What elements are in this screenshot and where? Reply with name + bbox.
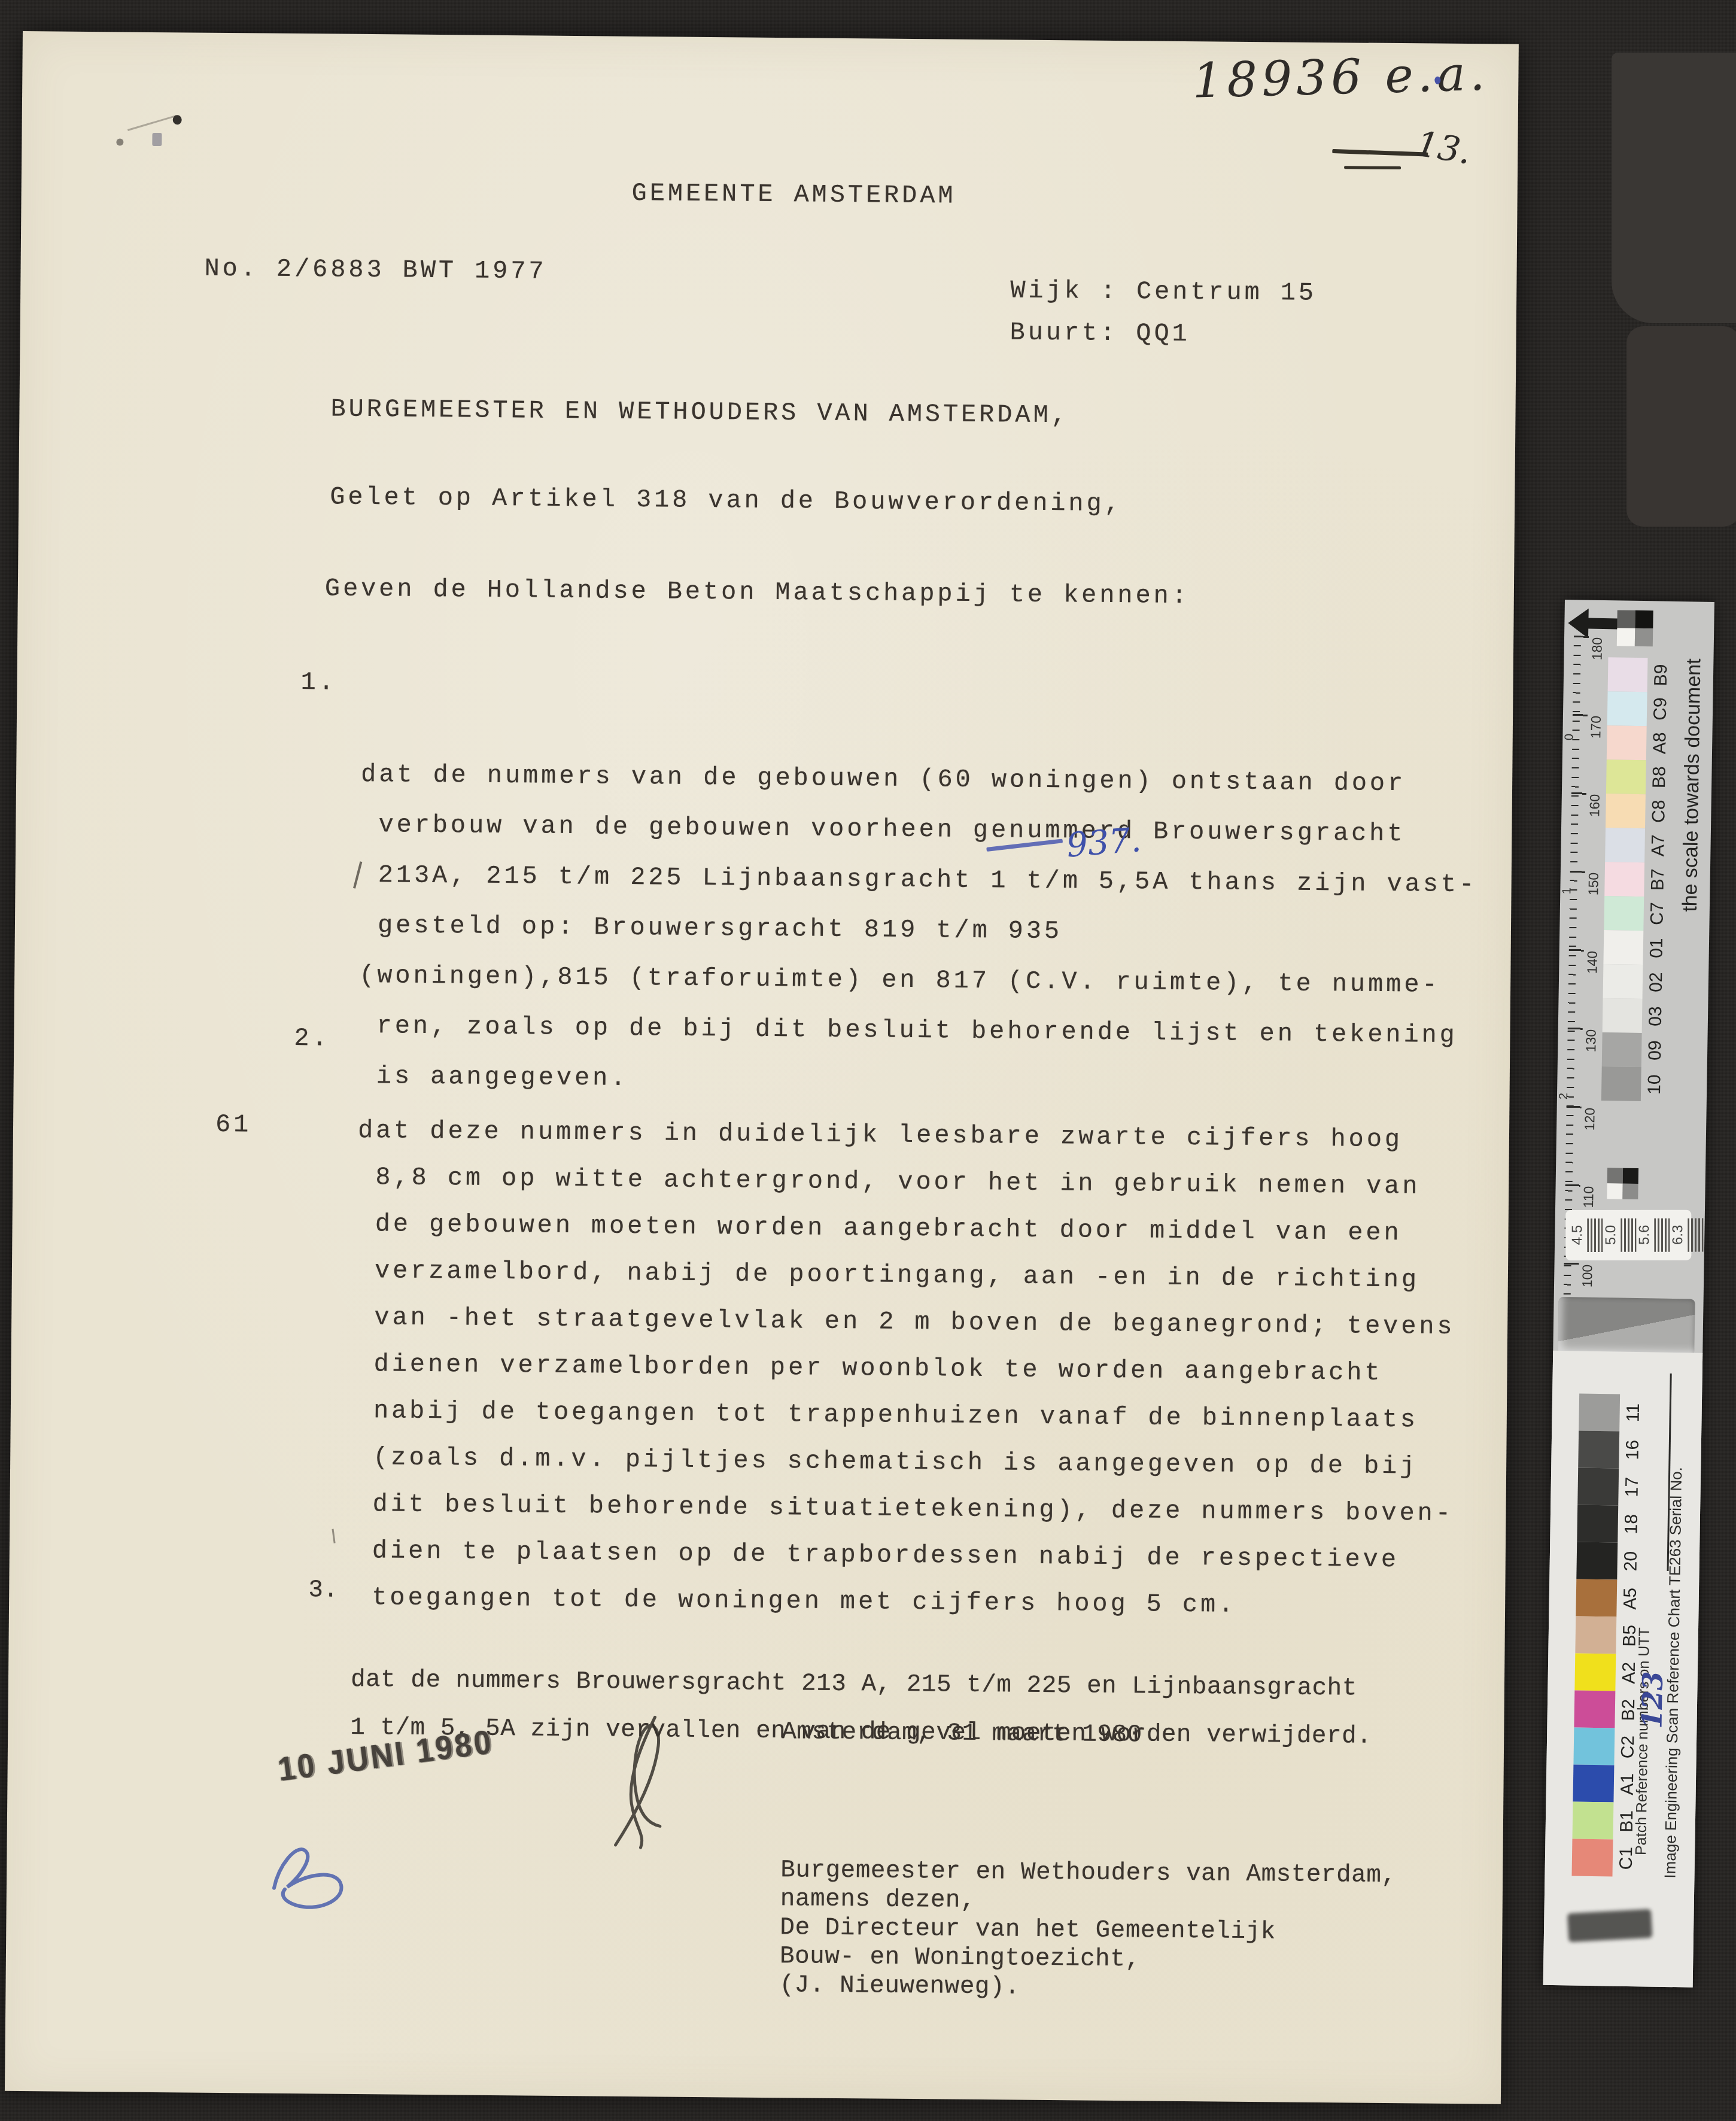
- color-patch: [1574, 1653, 1616, 1691]
- patch-row: 16: [1578, 1431, 1647, 1469]
- resolution-group: 5.0: [1603, 1210, 1636, 1260]
- inch-scale-number: 1: [1560, 884, 1570, 898]
- album-tab-top: [1612, 53, 1736, 323]
- signature-block: Burgemeester en Wethouders van Amsterdam…: [779, 1766, 1397, 2007]
- patch-row: 10: [1601, 1066, 1669, 1102]
- patch-label: 09: [1641, 1033, 1670, 1068]
- patch-label: 01: [1643, 931, 1671, 965]
- patch-label: B7: [1644, 862, 1672, 897]
- inch-scale-number: 0: [1562, 730, 1572, 744]
- patch-row: B9: [1608, 657, 1676, 692]
- patch-row: C2: [1573, 1727, 1642, 1766]
- page-title: GEMEENTE AMSTERDAM: [631, 178, 956, 212]
- item2-number: 2.: [294, 1023, 330, 1055]
- patch-row: 01: [1603, 930, 1671, 965]
- color-patch: [1603, 998, 1643, 1033]
- patch-label: 02: [1643, 965, 1671, 999]
- resolution-group: 4.5: [1569, 1210, 1603, 1260]
- arrow-left-icon: [1568, 607, 1619, 640]
- item1-number: 1.: [300, 667, 337, 698]
- patch-label: B9: [1647, 658, 1676, 692]
- dateline: Amsterdam, 31 maart 1980: [782, 1717, 1142, 1751]
- handwritten-correction: 937.: [1065, 819, 1143, 867]
- color-patch: [1575, 1616, 1616, 1654]
- patch-row: B7: [1604, 862, 1672, 897]
- ruler-number: 170: [1587, 716, 1604, 794]
- resolution-label: 5.6: [1636, 1225, 1653, 1245]
- color-patch: [1606, 759, 1646, 794]
- document-number: No. 2/6883 BWT 1977: [204, 253, 546, 287]
- color-patch: [1572, 1839, 1613, 1876]
- patch-label: C8: [1645, 794, 1673, 829]
- ref-number-digits: 18936: [1191, 48, 1366, 109]
- item3-number: 3.: [308, 1575, 339, 1606]
- salutation: BURGEMEESTER EN WETHOUDERS VAN AMSTERDAM…: [330, 394, 1069, 432]
- patch-row: B1: [1572, 1801, 1641, 1840]
- color-patch: [1573, 1727, 1615, 1765]
- ruler-number: 150: [1585, 873, 1602, 951]
- underline-stroke: [1332, 149, 1428, 157]
- resolution-hatch-pattern: [1621, 1218, 1636, 1252]
- patch-label: C7: [1643, 897, 1671, 931]
- color-patch: [1572, 1801, 1613, 1839]
- item2-paragraph: dat deze nummers in duidelijk leesbare z…: [354, 1023, 1458, 1640]
- color-patch: [1574, 1690, 1615, 1728]
- ruler-number: 120: [1581, 1108, 1598, 1186]
- tape-patch: [1558, 1297, 1695, 1356]
- patch-row: A8: [1607, 725, 1674, 761]
- ruler-number: 160: [1586, 794, 1603, 873]
- resolution-label: 4.5: [1569, 1225, 1586, 1245]
- patch-label: C9: [1647, 692, 1675, 727]
- patch-row: A2: [1574, 1653, 1643, 1691]
- ruler-number: 180: [1588, 637, 1606, 716]
- resolution-hatch-pattern: [1587, 1218, 1603, 1252]
- color-patch: [1602, 1032, 1642, 1067]
- color-patch: [1576, 1542, 1618, 1580]
- resolution-hatch-pattern: [1688, 1218, 1703, 1252]
- patch-row: A7: [1605, 828, 1673, 863]
- album-tab-bottom: [1626, 326, 1736, 527]
- patch-row: C1: [1572, 1839, 1641, 1877]
- ruler-number: 130: [1582, 1029, 1600, 1108]
- calibration-strip: the scale towards document 1801701601501…: [1543, 600, 1714, 1988]
- blue-ink-dot: [1434, 77, 1440, 84]
- resolution-group: 5.6: [1636, 1210, 1670, 1260]
- color-patch: [1577, 1505, 1618, 1543]
- color-patch: [1607, 691, 1647, 726]
- resolution-label: 6.3: [1670, 1225, 1686, 1245]
- color-patch: [1606, 794, 1646, 828]
- color-patch: [1603, 964, 1643, 999]
- patch-row: 03: [1603, 998, 1670, 1034]
- patch-row: B8: [1606, 759, 1674, 795]
- color-patch: [1573, 1764, 1614, 1802]
- color-patch: [1576, 1579, 1617, 1617]
- color-patch: [1604, 862, 1644, 897]
- patch-row: B2: [1574, 1690, 1643, 1728]
- patch-row: C7: [1604, 896, 1671, 931]
- wijk-field: Wijk : Centrum 15: [1010, 275, 1317, 309]
- patch-note-text: Patch Reference numbers on UTT: [1632, 1627, 1653, 1855]
- patch-label: B8: [1646, 760, 1674, 795]
- scanned-document-page: 18936 e.a. 13. GEMEENTE AMSTERDAM No. 2/…: [0, 0, 1736, 2121]
- handwritten-ref-number: 18936 e.a.: [1191, 44, 1489, 111]
- ink-signature: [602, 1712, 693, 1862]
- patch-label: A7: [1644, 828, 1673, 863]
- margin-number: 61: [215, 1109, 252, 1141]
- pencil-mark: [127, 115, 177, 131]
- ink-spot: [116, 138, 123, 145]
- checkerboard-patch: [1617, 610, 1653, 646]
- letter-paper: 18936 e.a. 13. GEMEENTE AMSTERDAM No. 2/…: [5, 31, 1519, 2104]
- resolution-test-plate: 4.5 5.0 5.6 6.3: [1565, 1210, 1691, 1260]
- patch-label: 03: [1642, 999, 1670, 1034]
- color-patch: [1608, 657, 1648, 692]
- ink-smudge: [1567, 1909, 1652, 1943]
- color-patch: [1607, 725, 1647, 760]
- ink-spot: [152, 133, 162, 146]
- color-patch: [1605, 828, 1645, 862]
- resolution-group: 6.3: [1670, 1210, 1703, 1260]
- patch-label: 11: [1619, 1394, 1647, 1432]
- resolution-label: 5.0: [1603, 1225, 1619, 1245]
- color-patch: [1578, 1431, 1619, 1469]
- patch-label: 16: [1619, 1432, 1647, 1469]
- color-patch: [1579, 1394, 1620, 1432]
- underline-stroke: [1344, 166, 1401, 169]
- checkerboard-patch: [1607, 1168, 1638, 1199]
- buurt-field: Buurt: QQ1: [1010, 317, 1190, 350]
- patch-row: A5: [1576, 1579, 1644, 1618]
- patch-row: 20: [1576, 1542, 1645, 1581]
- inch-scale-number: 2: [1557, 1089, 1567, 1103]
- legal-basis: Gelet op Artikel 318 van de Bouwverorden…: [330, 482, 1123, 520]
- handwritten-serial: 123: [1635, 1671, 1669, 1729]
- patch-label: 10: [1641, 1067, 1669, 1102]
- pencil-tick: [332, 1529, 336, 1543]
- patch-row: 17: [1577, 1468, 1646, 1506]
- patch-row: 18: [1577, 1505, 1646, 1543]
- patch-row: 02: [1603, 964, 1671, 999]
- blue-initial-paraph: [266, 1838, 375, 1923]
- handwritten-page-number: 13.: [1413, 122, 1474, 174]
- color-patch: [1577, 1468, 1619, 1506]
- resolution-hatch-pattern: [1654, 1218, 1670, 1252]
- patch-row: C8: [1606, 794, 1673, 829]
- intro-line: Geven de Hollandse Beton Maatschappij te…: [325, 573, 1190, 612]
- patch-label: A8: [1646, 726, 1674, 761]
- patch-row: A1: [1573, 1764, 1641, 1803]
- color-patches-top: B9 C9 A8 B8 C8: [1601, 657, 1676, 1102]
- patch-row: C9: [1607, 691, 1675, 727]
- patch-row: 11: [1579, 1394, 1647, 1432]
- closing-line: (J. Nieuwenweg).: [779, 1973, 1396, 2007]
- ref-number-suffix: e.a.: [1384, 45, 1489, 104]
- ruler-number: 140: [1583, 951, 1601, 1029]
- color-patch: [1603, 930, 1643, 965]
- color-patch: [1604, 896, 1644, 931]
- patch-label: 17: [1618, 1469, 1646, 1506]
- strip-caption: the scale towards document: [1678, 610, 1707, 961]
- patch-row: B5: [1575, 1616, 1644, 1654]
- patch-row: 09: [1602, 1032, 1670, 1068]
- strip-caption-text: the scale towards document: [1679, 658, 1706, 912]
- color-patch: [1601, 1066, 1641, 1101]
